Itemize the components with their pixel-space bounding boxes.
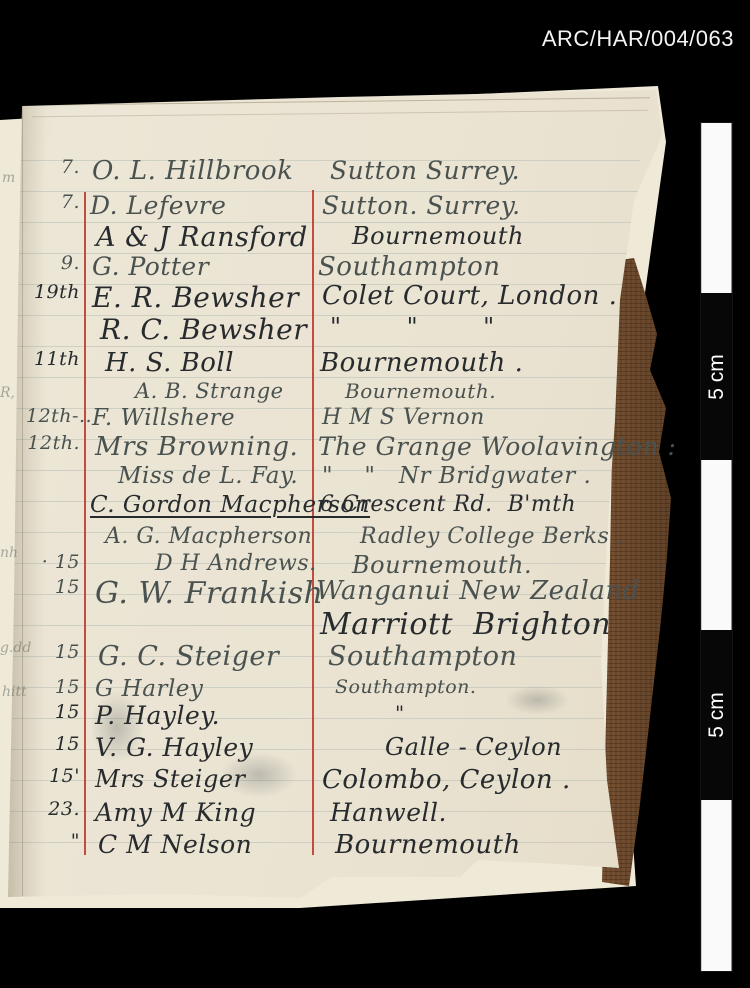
entry-name: G. W. Frankish — [95, 576, 323, 611]
register-row: A & J RansfordBournemouth — [0, 222, 660, 256]
scale-bar-segment: 5 cm — [701, 293, 732, 460]
entry-residence: Bournemouth. — [352, 551, 532, 579]
register-row: 15'Mrs SteigerColombo, Ceylon . — [0, 765, 660, 799]
entry-residence: Hanwell. — [330, 798, 447, 827]
entry-date: 15 — [26, 676, 80, 698]
photograph-canvas: ARC/HAR/004/063 5 cm 5 cm 7.O. L. Hillbr… — [0, 0, 750, 988]
entry-residence: Southampton — [318, 252, 501, 282]
entry-name: A. G. Macpherson — [105, 524, 312, 549]
entry-residence: " — [395, 701, 405, 725]
entry-name: H. S. Boll — [105, 348, 234, 378]
scale-bar-label: 5 cm — [705, 354, 729, 400]
entry-date: 15 — [26, 701, 80, 723]
entry-residence: Colet Court, London . — [322, 281, 617, 311]
entry-date: 7. — [26, 156, 80, 178]
entry-residence: Sutton Surrey. — [330, 156, 520, 185]
entry-residence: Bournemouth — [352, 222, 524, 250]
scale-bar-segment — [701, 800, 732, 971]
entry-date: 15 — [26, 733, 80, 755]
entry-residence: Galle - Ceylon — [385, 733, 562, 761]
entry-name: G. Potter — [92, 252, 209, 281]
entry-name: Amy M King — [95, 798, 256, 827]
entry-residence: Wanganui New Zealand — [316, 576, 640, 606]
entry-residence: Sutton. Surrey. — [322, 191, 521, 220]
entry-name: F. Willshere — [92, 405, 235, 431]
entry-name: R. C. Bewsher — [100, 313, 307, 346]
register-row: 15G. W. FrankishWanganui New Zealand — [0, 576, 660, 610]
entry-date: 11th — [26, 348, 80, 370]
scale-bar-label: 5 cm — [705, 692, 729, 738]
entry-residence: Bournemouth . — [320, 348, 523, 378]
register-row: 7.O. L. HillbrookSutton Surrey. — [0, 156, 660, 190]
entry-residence: Colombo, Ceylon . — [322, 765, 571, 795]
entry-residence: 6 Crescent Rd. B'mth — [320, 492, 576, 517]
entry-residence: " " Nr Bridgwater . — [322, 463, 591, 489]
entry-date: 15 — [26, 576, 80, 598]
entry-name: D. Lefevre — [90, 191, 226, 220]
register-row: "C M NelsonBournemouth — [0, 830, 660, 864]
entry-name: A. B. Strange — [135, 379, 284, 403]
register-row: 15V. G. HayleyGalle - Ceylon — [0, 733, 660, 767]
register-row: Marriott Brighton — [0, 607, 660, 641]
register-row: 15P. Hayley." — [0, 701, 660, 735]
margin-fragment: R, — [0, 385, 15, 401]
entry-name: V. G. Hayley — [95, 733, 253, 762]
register-row: 7.D. LefevreSutton. Surrey. — [0, 191, 660, 225]
entry-date: 12th-.. — [26, 405, 80, 427]
entry-date: " — [26, 830, 80, 852]
entry-date: · 15 — [26, 551, 80, 573]
entry-residence: " " " — [330, 313, 495, 341]
register-row: 23.Amy M KingHanwell. — [0, 798, 660, 832]
register-row: R. C. Bewsher" " " — [0, 313, 660, 347]
entry-date: 7. — [26, 191, 80, 213]
register-entries: 7.O. L. HillbrookSutton Surrey.7.D. Lefe… — [0, 0, 750, 988]
entry-date: 9. — [26, 252, 80, 274]
entry-name: O. L. Hillbrook — [92, 156, 293, 186]
entry-name: A & J Ransford — [96, 222, 308, 253]
register-row: 11thH. S. BollBournemouth . — [0, 348, 660, 382]
entry-name: Mrs Browning. — [95, 432, 298, 462]
entry-name: G. C. Steiger — [98, 641, 279, 672]
entry-name: C M Nelson — [98, 830, 252, 859]
entry-residence: Bournemouth. — [345, 379, 496, 403]
entry-residence: Radley College Berks . — [360, 524, 624, 549]
entry-date: 15' — [26, 765, 80, 787]
entry-date: 19th — [26, 281, 80, 303]
entry-date: 15 — [26, 641, 80, 663]
entry-name: E. R. Bewsher — [92, 281, 299, 314]
margin-fragment: hitt — [2, 684, 27, 700]
entry-name: Miss de L. Fay. — [118, 463, 298, 489]
entry-name: P. Hayley. — [95, 701, 220, 730]
entry-residence: Bournemouth — [335, 830, 521, 860]
entry-residence: Southampton. — [335, 676, 476, 698]
entry-name: Mrs Steiger — [95, 765, 246, 793]
register-row: C. Gordon Macpherson6 Crescent Rd. B'mth — [0, 492, 660, 526]
scale-bar-segment — [701, 123, 732, 293]
register-row: 12th.Mrs Browning.The Grange Woolavingto… — [0, 432, 660, 466]
entry-residence: Marriott Brighton — [320, 607, 611, 642]
margin-fragment: m — [2, 170, 15, 186]
entry-name: G Harley — [95, 676, 203, 702]
entry-residence: H M S Vernon — [322, 405, 485, 430]
entry-date: 12th. — [26, 432, 80, 454]
scale-bar-segment: 5 cm — [701, 630, 732, 800]
scale-bar: 5 cm 5 cm — [701, 123, 732, 971]
margin-fragment: g.dd — [0, 640, 31, 656]
entry-residence: The Grange Woolavington : — [318, 432, 676, 461]
scale-bar-segment — [701, 460, 732, 630]
entry-date: 23. — [26, 798, 80, 820]
register-row: 15G. C. SteigerSouthampton — [0, 641, 660, 675]
margin-fragment: nh — [0, 545, 18, 561]
entry-name: D H Andrews. — [155, 551, 317, 576]
entry-residence: Southampton — [328, 641, 517, 672]
register-row: 19thE. R. BewsherColet Court, London . — [0, 281, 660, 315]
